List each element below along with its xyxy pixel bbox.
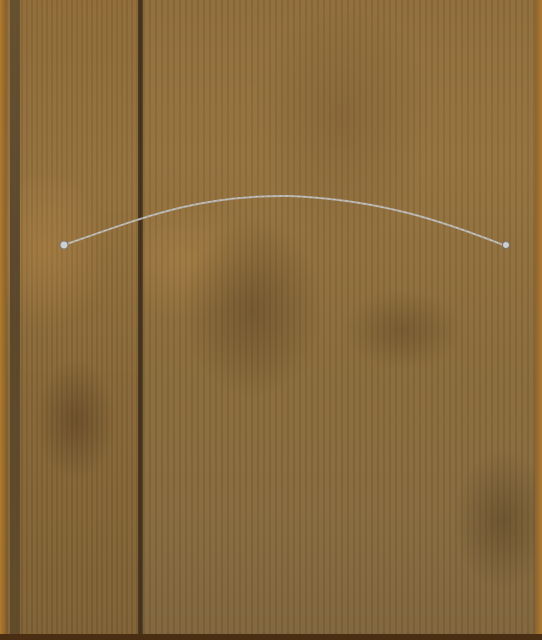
left-edge [0, 0, 6, 640]
right-edge [535, 0, 542, 640]
left-board [6, 0, 140, 634]
wooden-panel-photo [0, 0, 542, 640]
right-board [143, 0, 535, 634]
bottom-edge [0, 634, 542, 640]
